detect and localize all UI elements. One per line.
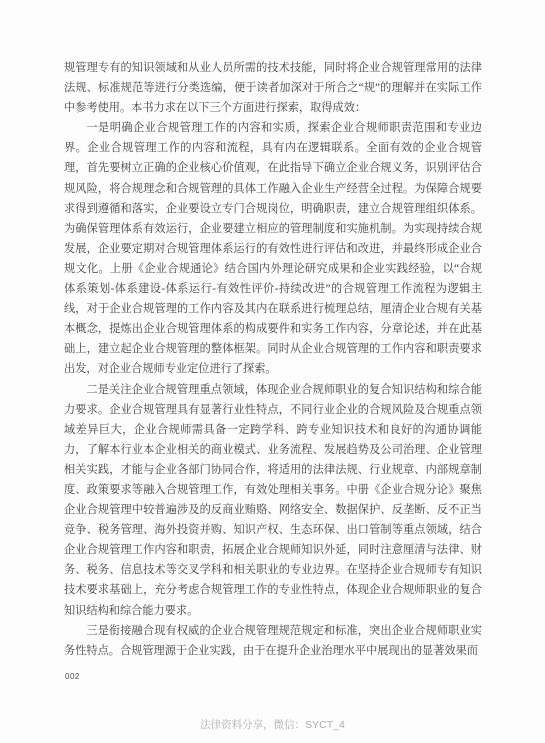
body-paragraph: 规管理专有的知识领域和从业人员所需的技术技能，同时将企业合规管理常用的法律法规、… [64,58,482,118]
body-paragraph: 二是关注企业合规管理重点领域，体现企业合规师职业的复合知识结构和综合能力要求。企… [64,380,482,621]
page-number: 002 [65,672,80,681]
page-body: 规管理专有的知识领域和从业人员所需的技术技能，同时将企业合规管理常用的法律法规、… [64,58,482,661]
watermark-footer: 法律资料分享，微信：SYCT_4 [0,717,545,732]
body-paragraph: 三是衔接融合现有权威的企业合规管理规范规定和标准，突出企业合规师职业实务性特点。… [64,621,482,661]
book-page: 规管理专有的知识领域和从业人员所需的技术技能，同时将企业合规管理常用的法律法规、… [0,0,545,743]
body-paragraph: 一是明确企业合规管理工作的内容和实质，探索企业合规师职责范围和专业边界。企业合规… [64,118,482,379]
